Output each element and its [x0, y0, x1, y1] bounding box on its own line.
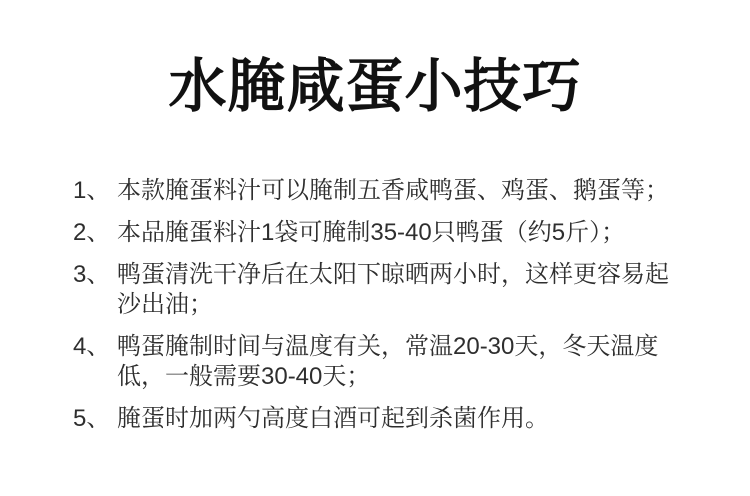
tip-number: 4、 — [73, 332, 117, 392]
tip-text: 鸭蛋清洗干净后在太阳下晾晒两小时，这样更容易起沙出油； — [117, 260, 677, 320]
tip-text: 腌蛋时加两勺高度白酒可起到杀菌作用。 — [117, 404, 677, 434]
tip-text: 鸭蛋腌制时间与温度有关，常温20-30天，冬天温度低，一般需要30-40天； — [117, 332, 677, 392]
tip-text: 本款腌蛋料汁可以腌制五香咸鸭蛋、鸡蛋、鹅蛋等； — [117, 176, 677, 206]
page-title: 水腌咸蛋小技巧 — [0, 0, 750, 118]
tip-number: 2、 — [73, 218, 117, 248]
tip-number: 3、 — [73, 260, 117, 320]
tip-item-5: 5、 腌蛋时加两勺高度白酒可起到杀菌作用。 — [73, 404, 750, 434]
tip-item-2: 2、 本品腌蛋料汁1袋可腌制35-40只鸭蛋（约5斤）； — [73, 218, 750, 248]
tips-card: 水腌咸蛋小技巧 1、 本款腌蛋料汁可以腌制五香咸鸭蛋、鸡蛋、鹅蛋等； 2、 本品… — [0, 0, 750, 496]
tip-text: 本品腌蛋料汁1袋可腌制35-40只鸭蛋（约5斤）； — [117, 218, 677, 248]
tips-list: 1、 本款腌蛋料汁可以腌制五香咸鸭蛋、鸡蛋、鹅蛋等； 2、 本品腌蛋料汁1袋可腌… — [0, 176, 750, 434]
tip-number: 5、 — [73, 404, 117, 434]
tip-item-1: 1、 本款腌蛋料汁可以腌制五香咸鸭蛋、鸡蛋、鹅蛋等； — [73, 176, 750, 206]
tip-item-4: 4、 鸭蛋腌制时间与温度有关，常温20-30天，冬天温度低，一般需要30-40天… — [73, 332, 750, 392]
tip-item-3: 3、 鸭蛋清洗干净后在太阳下晾晒两小时，这样更容易起沙出油； — [73, 260, 750, 320]
tip-number: 1、 — [73, 176, 117, 206]
